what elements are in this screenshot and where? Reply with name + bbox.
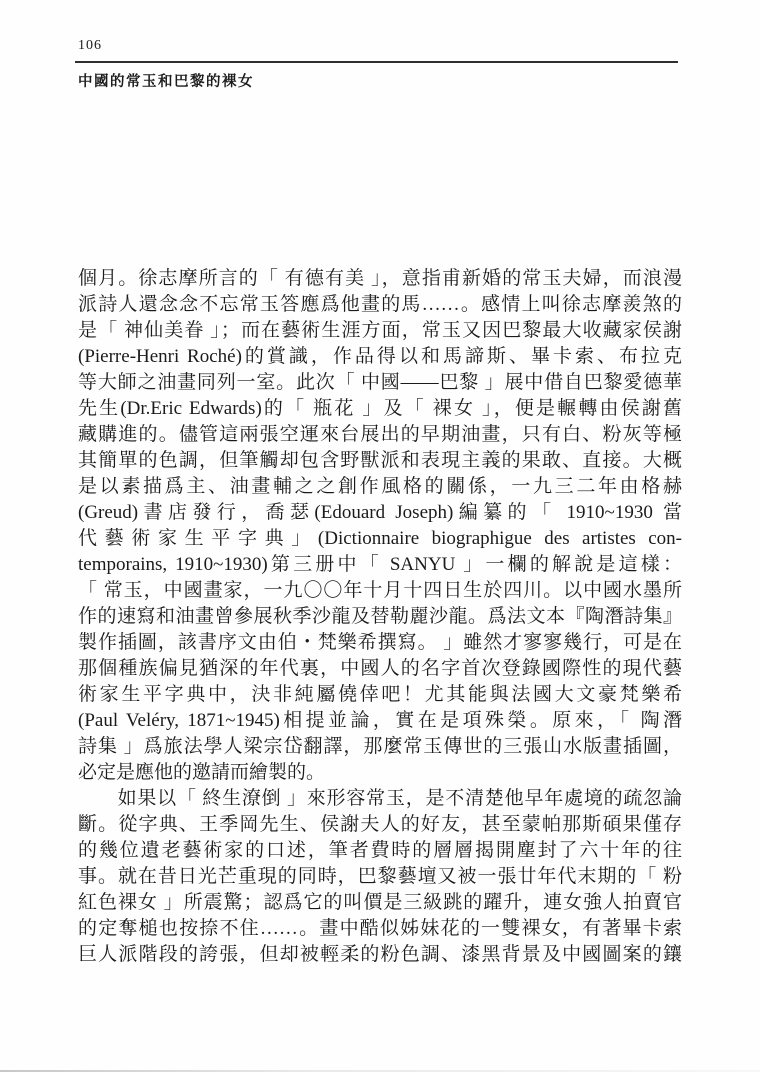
text-line: (Pierre-Henri Roché)的賞識，作品得以和馬諦斯、畢卡索、布拉克 (78, 344, 682, 370)
text-line: 其簡單的色調，但筆觸却包含野獸派和表現主義的果敢、直接。大概 (78, 448, 682, 474)
text-line: 是「 神仙美眷 」；而在藝術生涯方面，常玉又因巴黎最大收藏家侯謝 (78, 318, 682, 344)
running-head: 中國的常玉和巴黎的裸女 (78, 70, 254, 91)
text-line: 作的速寫和油畫曾參展秋季沙龍及替勒麗沙龍。爲法文本『陶潛詩集』 (78, 604, 682, 630)
text-line: 詩集 」爲旅法學人梁宗岱翻譯，那麼常玉傳世的三張山水版畫插圖， (78, 734, 682, 760)
text-line: 製作插圖，該書序文由伯・梵樂希撰寫。 」雖然才寥寥幾行，可是在 (78, 630, 682, 656)
page-number: 106 (78, 38, 102, 54)
text-line: 先生(Dr.Eric Edwards)的「 瓶花 」及「 裸女 」，便是輾轉由侯… (78, 396, 682, 422)
text-line: 派詩人還念念不忘常玉答應爲他畫的馬……。感情上叫徐志摩羨煞的 (78, 292, 682, 318)
body-text: 個月。徐志摩所言的「 有德有美 」，意指甫新婚的常玉夫婦，而浪漫派詩人還念念不忘… (78, 266, 682, 968)
text-line: 代藝術家生平字典」(Dictionnaire biographigue des … (78, 526, 682, 552)
text-line: 紅色裸女 」所震驚；認爲它的叫價是三級跳的躍升，連女強人拍賣官 (78, 890, 682, 916)
text-line: 巨人派階段的誇張，但却被輕柔的粉色調、漆黑背景及中國圖案的鑲 (78, 942, 682, 968)
text-line: (Paul Veléry, 1871~1945)相提並論，實在是項殊榮。原來，「… (78, 708, 682, 734)
text-line: 斷。從字典、王季岡先生、侯謝夫人的好友，甚至蒙帕那斯碩果僅存 (78, 812, 682, 838)
header-rule (75, 61, 678, 63)
text-line: 那個種族偏見猶深的年代裏，中國人的名字首次登錄國際性的現代藝 (78, 656, 682, 682)
text-line: 如果以「 終生潦倒 」來形容常玉，是不清楚他早年處境的疏忽論 (78, 786, 682, 812)
text-line: 是以素描爲主、油畫輔之之創作風格的關係，一九三二年由格赫 (78, 474, 682, 500)
text-line: 個月。徐志摩所言的「 有德有美 」，意指甫新婚的常玉夫婦，而浪漫 (78, 266, 682, 292)
book-page: 106 中國的常玉和巴黎的裸女 個月。徐志摩所言的「 有德有美 」，意指甫新婚的… (0, 0, 760, 1072)
text-line: 「 常玉，中國畫家，一九〇〇年十月十四日生於四川。以中國水墨所 (78, 578, 682, 604)
text-line: 術家生平字典中，決非純屬僥倖吧！尤其能與法國大文豪梵樂希 (78, 682, 682, 708)
text-line: 的幾位遺老藝術家的口述，筆者費時的層層揭開塵封了六十年的往 (78, 838, 682, 864)
text-line: 事。就在昔日光芒重現的同時，巴黎藝壇又被一張廿年代末期的「 粉 (78, 864, 682, 890)
text-line: temporains, 1910~1930)第三册中「 SANYU 」一欄的解說… (78, 552, 682, 578)
text-line: 藏購進的。儘管這兩張空運來台展出的早期油畫，只有白、粉灰等極 (78, 422, 682, 448)
text-line: 等大師之油畫同列一室。此次「 中國——巴黎 」展中借自巴黎愛德華 (78, 370, 682, 396)
text-line: 的定奪槌也按捺不住……。畫中酷似姊妹花的一雙裸女，有著畢卡索 (78, 916, 682, 942)
text-line: (Greud)書店發行，喬瑟(Edouard Joseph)編纂的「 1910~… (78, 500, 682, 526)
text-line: 必定是應他的邀請而繪製的。 (78, 760, 682, 786)
